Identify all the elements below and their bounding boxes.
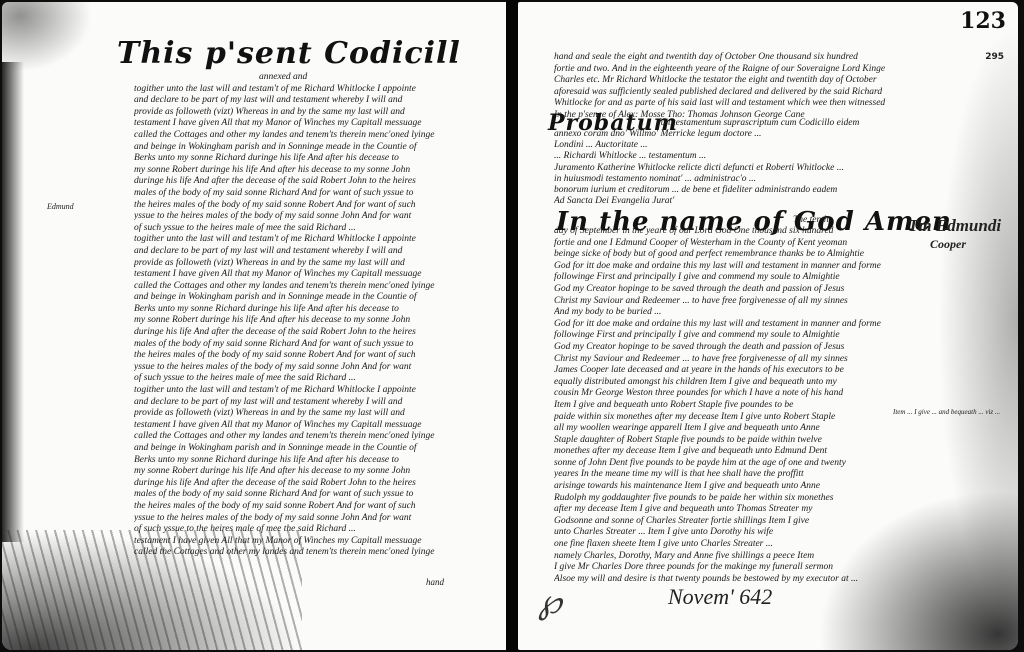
text-line: testament I have given All that my Manor… — [134, 118, 504, 130]
text-line: called the Cottages and other my landes … — [134, 547, 504, 559]
text-line: I give Mr Charles Dore three pounds for … — [554, 562, 914, 574]
text-line: God for itt doe make and ordaine this my… — [554, 319, 914, 331]
text-line: Ad Sancta Dei Evangelia Jurat' — [554, 196, 914, 207]
text-line: the heires males of the body of my said … — [134, 200, 504, 212]
text-line: and declare to be part of my last will a… — [134, 246, 504, 258]
text-line: yssue to the heires males of the body of… — [134, 362, 504, 374]
text-line: annexed and — [134, 72, 504, 84]
text-line: God my Creator hopinge to be saved throu… — [554, 342, 914, 354]
text-line: my sonne Robert duringe his life And aft… — [134, 466, 504, 478]
text-line: yssue to the heires males of the body of… — [134, 513, 504, 525]
text-line: duringe his life And after the decease o… — [134, 478, 504, 490]
text-line: aforesaid was sufficiently sealed publis… — [554, 87, 894, 99]
text-line: And my body to be buried ... — [554, 307, 914, 319]
text-line: and declare to be part of my last will a… — [134, 95, 504, 107]
right-page: 123 295 hand and seale the eight and twe… — [518, 2, 1018, 650]
text-line: duringe his life And after the decease o… — [134, 327, 504, 339]
text-line: togither unto the last will and testam't… — [134, 234, 504, 246]
text-line: followinge First and principally I give … — [554, 272, 914, 284]
will-text: day of September in the yeare of our Lor… — [554, 226, 914, 585]
text-line: Londini ... Auctoritate ... — [554, 140, 914, 151]
text-line: paide within six monethes after my decea… — [554, 412, 914, 424]
text-line: Staple daughter of Robert Staple five po… — [554, 435, 914, 447]
text-line: duringe his life And after the decease o… — [134, 176, 504, 188]
text-line: namely Charles, Dorothy, Mary and Anne f… — [554, 551, 914, 563]
text-line: and beinge in Wokingham parish and in So… — [134, 443, 504, 455]
codicil-body: annexed and togither unto the last will … — [134, 72, 504, 562]
text-line: fortie and one I Edmund Cooper of Wester… — [554, 238, 914, 250]
text-line: provide as followeth (vizt) Whereas in a… — [134, 408, 504, 420]
codicil-heading: This p'sent Codicill — [117, 36, 461, 71]
text-line: James Cooper late deceased and at yeare … — [554, 365, 914, 377]
text-line: yssue to the heires males of the body of… — [134, 211, 504, 223]
scan-edge-shadow — [2, 62, 24, 542]
text-line: of such yssue to the heires male of mee … — [134, 223, 504, 235]
text-line: fuit testamentum suprascriptum cum Codic… — [658, 118, 908, 129]
margin-note-title: Tm Edmundi — [908, 216, 1001, 235]
text-line: provide as followeth (vizt) Whereas in a… — [134, 258, 504, 270]
probate-first-line: fuit testamentum suprascriptum cum Codic… — [658, 118, 908, 129]
text-line: in huiusmodi testamento nominat' ... adm… — [554, 174, 914, 185]
text-line: all my woollen wearinge apparell Item I … — [554, 423, 914, 435]
text-line: called the Cottages and other my landes … — [134, 281, 504, 293]
text-line: day of September in the yeare of our Lor… — [554, 226, 914, 238]
text-line: Rudolph my goddaughter five pounds to be… — [554, 493, 914, 505]
text-line: called the Cottages and other my landes … — [134, 130, 504, 142]
margin-note-testator: Tm Edmundi Cooper — [908, 217, 1001, 253]
manuscript-spread: This p'sent Codicill Edmund annexed and … — [0, 0, 1024, 652]
text-line: sonne of John Dent five pounds to be pay… — [554, 458, 914, 470]
text-line: provide as followeth (vizt) Whereas in a… — [134, 107, 504, 119]
text-line: Juramento Katherine Whitlocke relicte di… — [554, 163, 914, 174]
scan-edge-shadow — [938, 22, 1018, 622]
will-first-line: The tenth — [793, 215, 913, 226]
text-line: The tenth — [793, 215, 913, 226]
text-line: arisinge towards his maintenance Item I … — [554, 481, 914, 493]
text-line: males of the body of my said sonne Richa… — [134, 489, 504, 501]
text-line: Christ my Saviour and Redeemer ... to ha… — [554, 354, 914, 366]
page-number: 123 — [960, 8, 1006, 34]
folio-number: 295 — [985, 52, 1004, 62]
text-line: fortie and two. And in the eighteenth ye… — [554, 64, 894, 76]
text-line: cousin Mr George Weston three poundes fo… — [554, 388, 914, 400]
text-line: Godsonne and sonne of Charles Streater f… — [554, 516, 914, 528]
text-line: togither unto the last will and testam't… — [134, 385, 504, 397]
text-line: called the Cottages and other my landes … — [134, 431, 504, 443]
text-line: God my Creator hopinge to be saved throu… — [554, 284, 914, 296]
text-line: annexo coram dno' Willmo' Merricke legum… — [554, 129, 914, 140]
text-line: Whitlocke for and as parte of his said l… — [554, 98, 894, 110]
closing-word: hand — [426, 577, 444, 587]
text-line: monethes after my decease Item I give an… — [554, 446, 914, 458]
text-line: and declare to be part of my last will a… — [134, 397, 504, 409]
text-line: beinge sicke of body but of good and per… — [554, 249, 914, 261]
text-line: hand and seale the eight and twentith da… — [554, 52, 894, 64]
text-line: the heires males of the body of my said … — [134, 350, 504, 362]
text-line: testament I have given All that my Manor… — [134, 536, 504, 548]
probate-text: annexo coram dno' Willmo' Merricke legum… — [554, 129, 914, 207]
text-line: unto Charles Streater ... Item I give un… — [554, 527, 914, 539]
text-line: equally distributed amongst his children… — [554, 377, 914, 389]
text-line: my sonne Robert duringe his life And aft… — [134, 165, 504, 177]
text-line: and beinge in Wokingham parish and in So… — [134, 142, 504, 154]
text-line: after my decease Item I give and bequeat… — [554, 504, 914, 516]
text-line: the heires males of the body of my said … — [134, 501, 504, 513]
text-line: ... Richardi Whitlocke ... testamentum .… — [554, 151, 914, 162]
text-line: and beinge in Wokingham parish and in So… — [134, 292, 504, 304]
text-line: one fine flaxen sheete Item I give unto … — [554, 539, 914, 551]
margin-note-interlinear: Item ... I give ... and bequeath ... viz… — [893, 408, 1013, 417]
text-line: Christ my Saviour and Redeemer ... to ha… — [554, 296, 914, 308]
bottom-date-note: Novem' 642 — [668, 584, 772, 610]
margin-note-surname: Cooper — [908, 235, 1001, 253]
flourish-mark: ℘ — [538, 582, 562, 622]
text-line: of such yssue to the heires male of mee … — [134, 524, 504, 536]
text-line: bonorum iurium et creditorum ... de bene… — [554, 185, 914, 196]
text-line: Item I give and bequeath unto Robert Sta… — [554, 400, 914, 412]
text-line: God for itt doe make and ordaine this my… — [554, 261, 914, 273]
text-line: of such yssue to the heires male of mee … — [134, 373, 504, 385]
text-line: my sonne Robert duringe his life And aft… — [134, 315, 504, 327]
margin-note-edmund: Edmund — [47, 202, 74, 211]
text-line: Berks unto my sonne Richard duringe his … — [134, 455, 504, 467]
scan-smudge — [2, 2, 92, 72]
text-line: followinge First and principally I give … — [554, 330, 914, 342]
text-line: Berks unto my sonne Richard duringe his … — [134, 304, 504, 316]
text-line: yeares In the meane time my will is that… — [554, 469, 914, 481]
text-line: Charles etc. Mr Richard Whitlocke the te… — [554, 75, 894, 87]
left-page: This p'sent Codicill Edmund annexed and … — [2, 2, 508, 650]
text-line: males of the body of my said sonne Richa… — [134, 339, 504, 351]
text-line: togither unto the last will and testam't… — [134, 84, 504, 96]
text-line: males of the body of my said sonne Richa… — [134, 188, 504, 200]
text-line: Berks unto my sonne Richard duringe his … — [134, 153, 504, 165]
text-line: testament I have given All that my Manor… — [134, 420, 504, 432]
text-line: testament I have given All that my Manor… — [134, 269, 504, 281]
